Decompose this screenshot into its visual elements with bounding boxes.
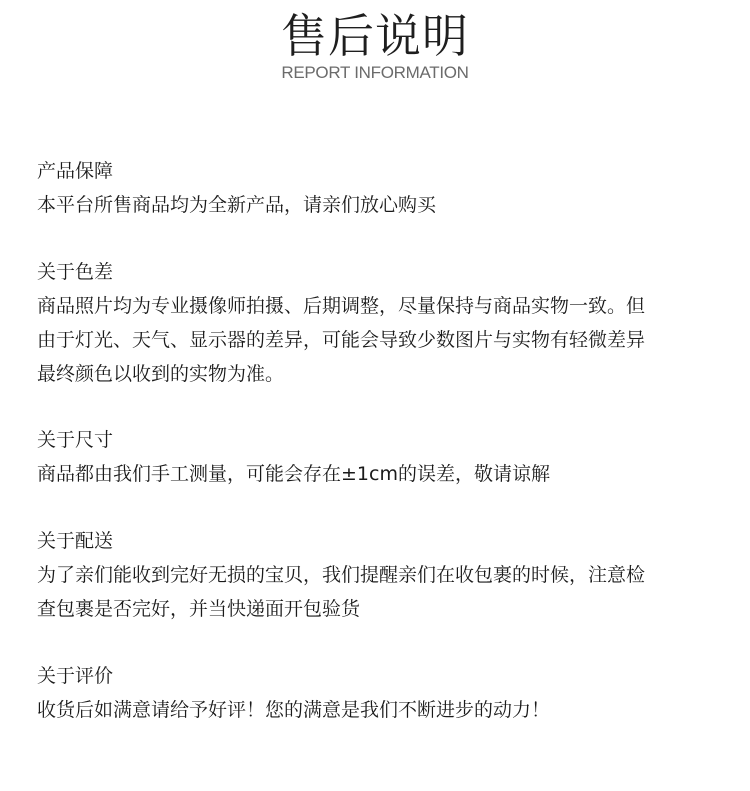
section-text-line: 商品都由我们手工测量，可能会存在±1cm的误差，敬请谅解 <box>37 457 550 491</box>
page-subtitle: REPORT INFORMATION <box>0 62 750 84</box>
section-text-line: 商品照片均为专业摄像师拍摄、后期调整，尽量保持与商品实物一致。但 <box>37 289 645 323</box>
section-text-line: 由于灯光、天气、显示器的差异，可能会导致少数图片与实物有轻微差异 <box>37 323 645 357</box>
section-title: 关于色差 <box>37 256 645 289</box>
section-title: 关于评价 <box>37 660 550 693</box>
page-title: 售后说明 <box>0 8 750 64</box>
section-title: 关于配送 <box>37 525 645 558</box>
section-review: 关于评价 收货后如满意请给予好评！您的满意是我们不断进步的动力！ <box>37 660 550 727</box>
section-text-line: 为了亲们能收到完好无损的宝贝，我们提醒亲们在收包裹的时候，注意检 <box>37 558 645 592</box>
section-text-line: 查包裹是否完好，并当快递面开包验货 <box>37 592 645 626</box>
section-text-line: 本平台所售商品均为全新产品，请亲们放心购买 <box>37 188 436 222</box>
section-delivery: 关于配送 为了亲们能收到完好无损的宝贝，我们提醒亲们在收包裹的时候，注意检 查包… <box>37 525 645 626</box>
section-title: 关于尺寸 <box>37 424 550 457</box>
section-size: 关于尺寸 商品都由我们手工测量，可能会存在±1cm的误差，敬请谅解 <box>37 424 550 491</box>
section-product-guarantee: 产品保障 本平台所售商品均为全新产品，请亲们放心购买 <box>37 155 436 222</box>
section-color-difference: 关于色差 商品照片均为专业摄像师拍摄、后期调整，尽量保持与商品实物一致。但 由于… <box>37 256 645 391</box>
section-title: 产品保障 <box>37 155 436 188</box>
section-text-line: 收货后如满意请给予好评！您的满意是我们不断进步的动力！ <box>37 693 550 727</box>
section-text-line: 最终颜色以收到的实物为准。 <box>37 357 645 391</box>
